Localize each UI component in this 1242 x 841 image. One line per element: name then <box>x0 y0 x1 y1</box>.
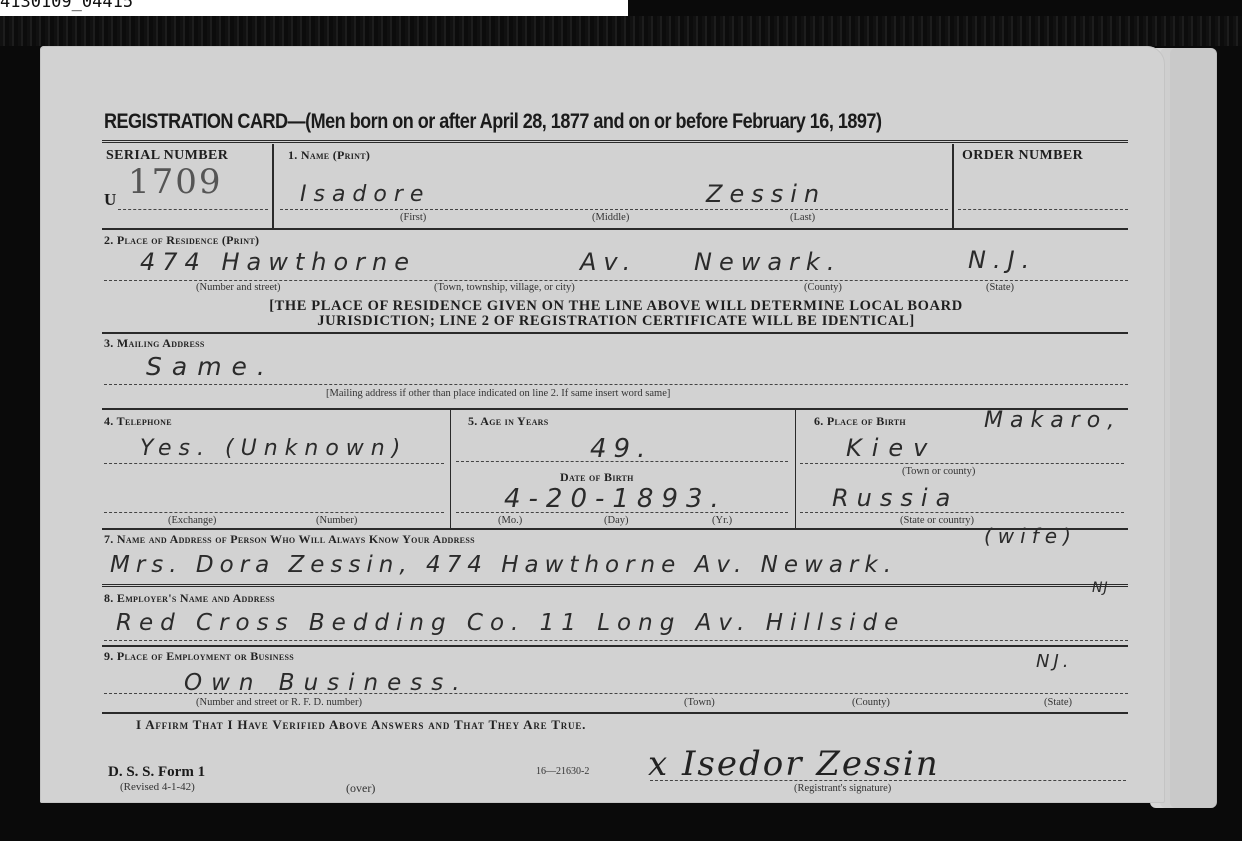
residence-notice-1: [THE PLACE OF RESIDENCE GIVEN ON THE LIN… <box>104 299 1128 314</box>
field-line <box>104 384 1128 385</box>
employment-state-value: NJ. <box>1036 651 1073 672</box>
sub-town: (Town) <box>684 697 715 708</box>
sub-county: (County) <box>804 282 842 293</box>
card-title: REGISTRATION CARD—(Men born on or after … <box>104 110 881 134</box>
mailing-label: 3. Mailing Address <box>104 336 205 351</box>
divider <box>450 410 451 528</box>
divider <box>102 228 1128 230</box>
field-line <box>650 780 1126 781</box>
dob-value: 4-20-1893. <box>504 484 727 514</box>
dob-label: Date of Birth <box>560 470 634 485</box>
sub-last: (Last) <box>790 212 815 223</box>
field-line <box>104 512 444 513</box>
contact-state: NJ <box>1092 580 1109 596</box>
telephone-value: Yes. (Unknown) <box>140 436 407 461</box>
divider <box>952 144 954 228</box>
divider <box>102 645 1128 647</box>
sub-exchange: (Exchange) <box>168 515 216 526</box>
order-number-label: ORDER NUMBER <box>962 148 1083 164</box>
residence-county-value: Newark. <box>694 248 841 276</box>
name-first-value: Isadore <box>300 182 430 207</box>
field-line <box>800 512 1124 513</box>
over-note: (over) <box>346 781 375 796</box>
field-line <box>958 209 1128 210</box>
sub-first: (First) <box>400 212 426 223</box>
mailing-note: [Mailing address if other than place ind… <box>326 388 670 399</box>
sub-day: (Day) <box>604 515 629 526</box>
sub-middle: (Middle) <box>592 212 629 223</box>
affirmation-text: I Affirm That I Have Verified Above Answ… <box>136 717 586 733</box>
sub-town-county: (Town or county) <box>902 466 975 477</box>
age-value: 49. <box>590 434 652 464</box>
age-label: 5. Age in Years <box>468 414 549 429</box>
birthplace-town-line2: Kiev <box>846 434 937 462</box>
name-label: 1. Name (Print) <box>288 148 370 163</box>
field-line <box>104 463 444 464</box>
divider <box>102 528 1128 530</box>
contact-value: Mrs. Dora Zessin, 474 Hawthorne Av. Newa… <box>110 552 897 578</box>
name-last-value: Zessin <box>706 180 826 208</box>
serial-prefix: U <box>104 190 117 210</box>
serial-number-value: 1709 <box>128 162 223 202</box>
card-stack-edge <box>1170 48 1217 808</box>
field-line <box>104 693 1128 694</box>
divider <box>102 332 1128 334</box>
divider <box>795 410 796 528</box>
field-line <box>280 209 948 210</box>
sub-state: (State) <box>986 282 1014 293</box>
telephone-label: 4. Telephone <box>104 414 172 429</box>
employment-label: 9. Place of Employment or Business <box>104 649 294 664</box>
contact-label: 7. Name and Address of Person Who Will A… <box>104 532 475 547</box>
divider <box>102 408 1128 410</box>
signature-label: (Registrant's signature) <box>794 783 891 794</box>
sub-state-country: (State or country) <box>900 515 974 526</box>
field-line <box>456 512 788 513</box>
field-line <box>104 280 1128 281</box>
field-line <box>800 463 1124 464</box>
birthplace-country: Russia <box>832 484 958 512</box>
form-revised: (Revised 4-1-42) <box>120 781 195 793</box>
divider <box>102 584 1128 587</box>
employer-label: 8. Employer's Name and Address <box>104 591 275 606</box>
residence-label: 2. Place of Residence (Print) <box>104 233 259 248</box>
residence-street-value: 474 Hawthorne <box>140 248 416 276</box>
sub-town: (Town, township, village, or city) <box>434 282 575 293</box>
residence-town-value: Av. <box>580 248 637 276</box>
field-line <box>456 461 788 462</box>
sub-street-rfd: (Number and street or R. F. D. number) <box>196 697 362 708</box>
birthplace-label: 6. Place of Birth <box>814 414 906 429</box>
residence-state-value: N.J. <box>968 246 1036 274</box>
scan-background <box>0 16 1242 46</box>
employer-value: Red Cross Bedding Co. 11 Long Av. Hillsi… <box>116 610 905 636</box>
field-line <box>118 209 268 210</box>
residence-notice-2: JURISDICTION; LINE 2 OF REGISTRATION CER… <box>104 314 1128 329</box>
sub-street: (Number and street) <box>196 282 281 293</box>
contact-relation: (wife) <box>984 524 1077 548</box>
print-code: 16—21630-2 <box>536 766 589 777</box>
registrant-signature: x Isedor Zessin <box>648 744 940 784</box>
birthplace-town-line1: Makaro, <box>984 408 1121 433</box>
sub-mo: (Mo.) <box>498 515 522 526</box>
field-line <box>104 640 1128 641</box>
divider <box>102 712 1128 714</box>
sub-county: (County) <box>852 697 890 708</box>
divider <box>102 140 1128 143</box>
divider <box>272 144 274 228</box>
sub-state: (State) <box>1044 697 1072 708</box>
form-name: D. S. S. Form 1 <box>108 764 205 781</box>
sub-yr: (Yr.) <box>712 515 732 526</box>
mailing-value: Same. <box>146 352 275 381</box>
sub-number: (Number) <box>316 515 357 526</box>
image-id-label: 4130109_04415 <box>0 0 628 16</box>
